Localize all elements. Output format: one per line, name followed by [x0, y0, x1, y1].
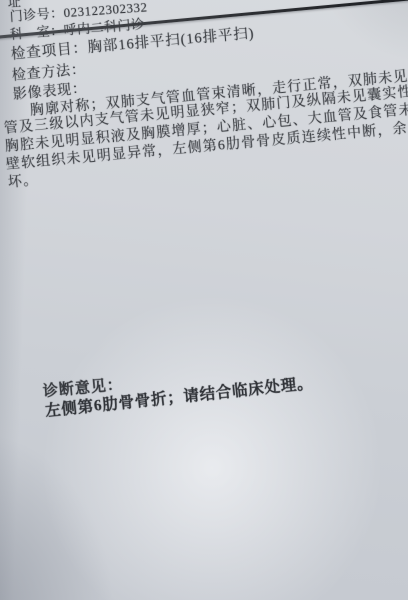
findings-line: 坏。	[7, 169, 39, 192]
ct-report-photo: 址 门诊号：023122302332 科 室：呼内二科门诊 检查项目：胸部16排…	[0, 0, 408, 600]
